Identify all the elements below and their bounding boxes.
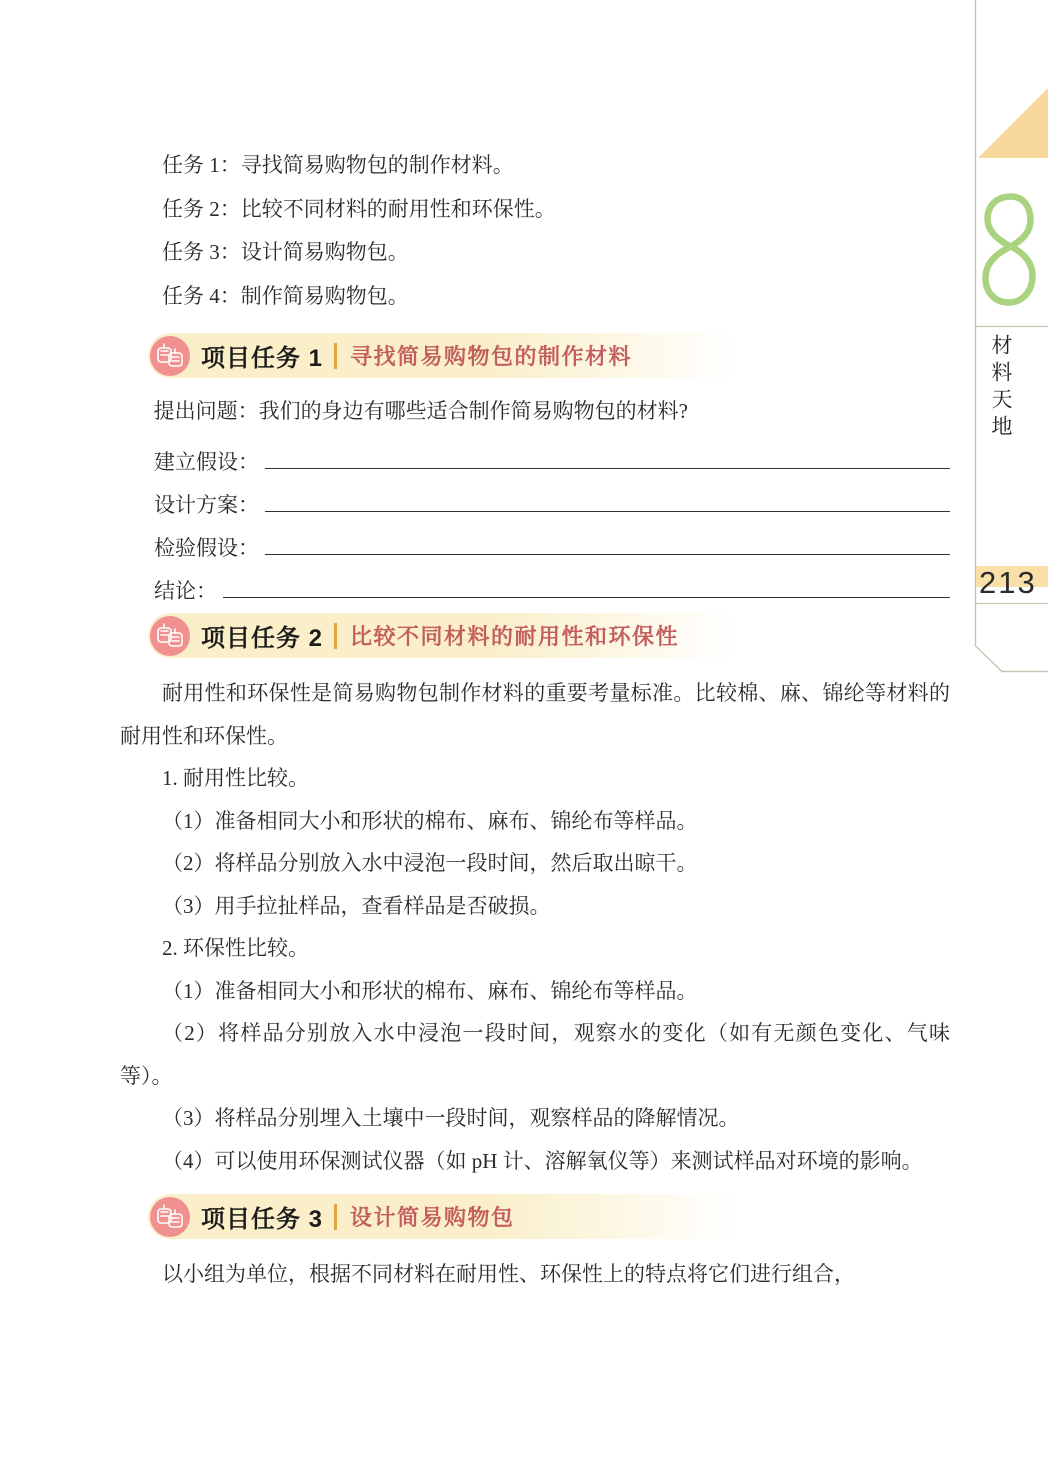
fill-in-line	[265, 481, 950, 512]
header-divider	[334, 623, 337, 649]
section-title: 比较不同材料的耐用性和环保性	[350, 620, 679, 651]
section-header-1: 项目任务 1 寻找简易购物包的制作材料	[148, 333, 768, 378]
fill-in-line	[223, 567, 950, 598]
blank-label: 检验假设：	[154, 538, 259, 562]
eco-step: （2）将样品分别放入水中浸泡一段时间，观察水的变化（如有无颜色变化、气味等）。	[120, 1012, 950, 1097]
task-item: 任务 1：寻找简易购物包的制作材料。	[120, 144, 950, 188]
inquiry-blanks: 建立假设： 设计方案： 检验假设： 结论：	[120, 433, 950, 605]
section-badge: 项目任务 1	[201, 338, 323, 373]
blank-row: 结论：	[120, 562, 950, 605]
durability-step: （2）将样品分别放入水中浸泡一段时间，然后取出晾干。	[120, 842, 950, 885]
chapter-number-8	[977, 192, 1041, 308]
header-divider	[334, 1204, 337, 1230]
section-header-3: 项目任务 3 设计简易购物包	[148, 1194, 768, 1239]
durability-step: （1）准备相同大小和形状的棉布、麻布、锦纶布等样品。	[120, 800, 950, 843]
fill-in-line	[265, 524, 950, 555]
section-badge: 项目任务 2	[201, 618, 323, 653]
section-title: 设计简易购物包	[350, 1201, 515, 1232]
blank-label: 设计方案：	[154, 495, 259, 519]
page-number: 213	[979, 565, 1037, 601]
header-divider	[334, 343, 337, 369]
task-item: 任务 3：设计简易购物包。	[120, 231, 950, 275]
blank-label: 建立假设：	[154, 452, 259, 476]
task-list: 任务 1：寻找简易购物包的制作材料。 任务 2：比较不同材料的耐用性和环保性。 …	[120, 144, 950, 318]
fill-in-line	[265, 438, 950, 469]
beakers-icon	[149, 615, 191, 657]
eco-step: （1）准备相同大小和形状的棉布、麻布、锦纶布等样品。	[120, 970, 950, 1013]
inquiry-question: 提出问题：我们的身边有哪些适合制作简易购物包的材料?	[120, 390, 950, 433]
blank-row: 设计方案：	[120, 476, 950, 519]
section-title: 寻找简易购物包的制作材料	[350, 340, 632, 371]
eco-step: （4）可以使用环保测试仪器（如 pH 计、溶解氧仪等）来测试样品对环境的影响。	[120, 1140, 950, 1183]
eco-heading: 2. 环保性比较。	[120, 927, 950, 970]
textbook-page: { "page": { "number": "213", "chapter_nu…	[0, 0, 1048, 1474]
blank-row: 建立假设：	[120, 433, 950, 476]
blank-row: 检验假设：	[120, 519, 950, 562]
section-badge: 项目任务 3	[201, 1199, 323, 1234]
eco-step: （3）将样品分别埋入土壤中一段时间，观察样品的降解情况。	[120, 1097, 950, 1140]
section2-intro: 耐用性和环保性是简易购物包制作材料的重要考量标准。比较棉、麻、锦纶等材料的耐用性…	[120, 672, 950, 757]
corner-triangle-decoration	[978, 88, 1048, 158]
beakers-icon	[149, 335, 191, 377]
task-item: 任务 2：比较不同材料的耐用性和环保性。	[120, 188, 950, 232]
beakers-icon	[149, 1196, 191, 1238]
blank-label: 结论：	[154, 581, 217, 605]
chapter-title-vertical: 材料天地	[986, 334, 1016, 442]
section3-body: 以小组为单位，根据不同材料在耐用性、环保性上的特点将它们进行组合，	[120, 1253, 950, 1296]
section-header-2: 项目任务 2 比较不同材料的耐用性和环保性	[148, 613, 768, 658]
durability-step: （3）用手拉扯样品，查看样品是否破损。	[120, 885, 950, 928]
main-content: 任务 1：寻找简易购物包的制作材料。 任务 2：比较不同材料的耐用性和环保性。 …	[120, 144, 950, 1296]
durability-heading: 1. 耐用性比较。	[120, 757, 950, 800]
task-item: 任务 4：制作简易购物包。	[120, 275, 950, 319]
